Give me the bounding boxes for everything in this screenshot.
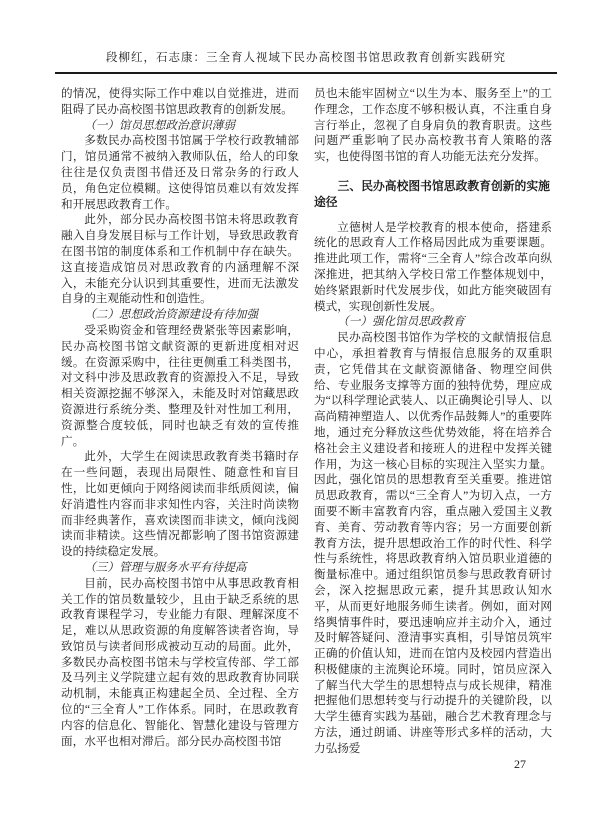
paragraph: 立德树人是学校教育的根本使命，搭建系统化的思政育人工作格局因此成为重要课题。推进…: [314, 220, 552, 315]
left-column: 的情况，使得实际工作中难以自觉推进，进而阻碍了民办高校图书馆思政教育的创新发展。…: [61, 86, 299, 757]
paragraph: 员也未能牢固树立“以生为本、服务至上”的工作理念，工作态度不够积极认真，不注重自…: [314, 86, 552, 165]
paragraph: （一）馆员思想政治意识薄弱: [61, 118, 299, 134]
paragraph: （二）思想政治资源建设有待加强: [61, 307, 299, 323]
paragraph: 三、民办高校图书馆思政教育创新的实施途径: [314, 179, 552, 211]
paragraph: 此外，大学生在阅读思政教育类书籍时存在一些问题，表现出局限性、随意性和盲目性，比…: [61, 449, 299, 560]
paragraph: （三）管理与服务水平有待提高: [61, 560, 299, 576]
paragraph: 此外，部分民办高校图书馆未将思政教育融入自身发展目标与工作计划，导致思政教育在图…: [61, 212, 299, 307]
running-title: 段柳红，石志康：三全育人视域下民办高校图书馆思政教育创新实践研究: [56, 49, 556, 65]
document-page: 段柳红，石志康：三全育人视域下民办高校图书馆思政教育创新实践研究 的情况，使得实…: [0, 0, 612, 839]
header-rule: [55, 72, 557, 74]
page-number: 27: [514, 757, 526, 772]
right-column: 员也未能牢固树立“以生为本、服务至上”的工作理念，工作态度不够积极认真，不注重自…: [314, 86, 552, 757]
text-columns: 的情况，使得实际工作中难以自觉推进，进而阻碍了民办高校图书馆思政教育的创新发展。…: [61, 86, 552, 757]
paragraph: 目前，民办高校图书馆中从事思政教育相关工作的馆员数量较少，且由于缺乏系统的思政教…: [61, 576, 299, 750]
paragraph: 受采购资金和管理经费紧张等因素影响，民办高校图书馆文献资源的更新进度相对迟缓。在…: [61, 323, 299, 449]
paragraph: 的情况，使得实际工作中难以自觉推进，进而阻碍了民办高校图书馆思政教育的创新发展。: [61, 86, 299, 118]
paragraph: 多数民办高校图书馆属于学校行政教辅部门，馆员通常不被纳入教师队伍，给人的印象往往…: [61, 133, 299, 212]
paragraph: （一）强化馆员思政教育: [314, 314, 552, 330]
paragraph: 民办高校图书馆作为学校的文献情报信息中心，承担着教育与情报信息服务的双重职责，它…: [314, 330, 552, 757]
